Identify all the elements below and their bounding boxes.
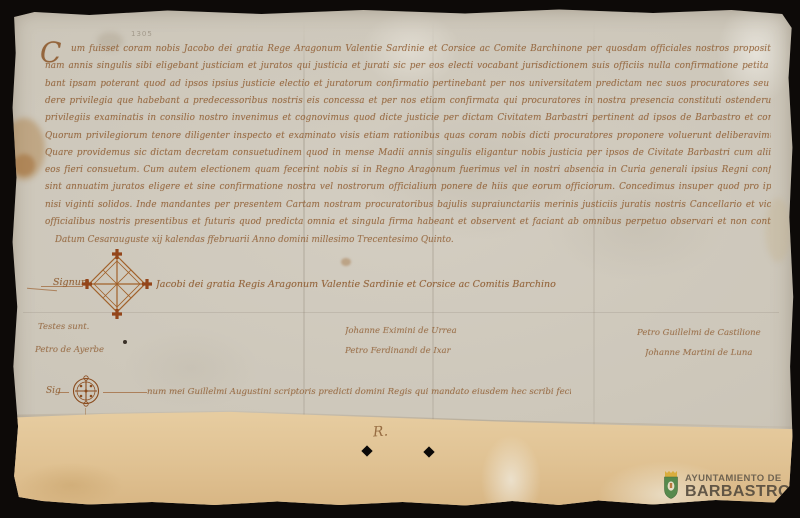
witness-name: Petro Guillelmi de Castilione xyxy=(637,328,761,340)
witness-heading: Testes sunt. xyxy=(38,322,89,334)
witness-name: Petro Ferdinandi de Ixar xyxy=(345,346,451,358)
barbastro-coat-of-arms-icon xyxy=(663,471,679,499)
manuscript-line: Quare providemus sic dictam decretam con… xyxy=(45,148,771,161)
manuscript-dateline: Datum Cesarauguste xij kalendas ffebruar… xyxy=(55,235,485,248)
manuscript-line: bant ipsam poterant quod ad ipsos ipsius… xyxy=(45,79,771,92)
photo-background: 1305 C um fuisset coram nobis Jacobo dei… xyxy=(0,0,800,518)
signum-text: Jacobi dei gratia Regis Aragonum Valenti… xyxy=(156,279,556,293)
manuscript-line: um fuisset coram nobis Jacobo dei gratia… xyxy=(71,44,771,57)
pencil-annotation: 1305 xyxy=(131,30,153,38)
witness-name: Petro de Ayerbe xyxy=(35,345,104,357)
stain xyxy=(123,340,127,344)
manuscript-line: dere privilegia que habebant a predecess… xyxy=(45,96,771,109)
witness-name: Johanne Eximini de Urrea xyxy=(345,326,457,338)
witness-name: Johanne Martini de Luna xyxy=(645,348,752,360)
manuscript-line: privilegiis examinatis in consilio nostr… xyxy=(45,113,771,126)
barbastro-watermark: AYUNTAMIENTO DE BARBASTRO xyxy=(656,469,794,511)
stain xyxy=(13,154,35,176)
notary-signum-icon xyxy=(69,374,103,408)
manuscript-line: eos fieri consuetum. Cum autem electione… xyxy=(45,165,771,178)
signum-flourish-line xyxy=(27,288,57,292)
royal-signum-icon xyxy=(81,248,153,320)
watermark-line2: BARBASTRO xyxy=(685,483,791,501)
registration-mark: R. xyxy=(372,423,388,440)
stain xyxy=(341,258,351,266)
manuscript-line: Quorum privilegiorum tenore diligenter i… xyxy=(45,131,771,144)
scribe-sig-label: Sig xyxy=(46,386,61,396)
scribe-connector-line xyxy=(58,392,69,393)
parchment: 1305 C um fuisset coram nobis Jacobo dei… xyxy=(11,8,794,506)
manuscript-line: nisi viginti solidos. Inde mandantes per… xyxy=(45,200,771,213)
scribe-text: num mei Guillelmi Augustini scriptoris p… xyxy=(147,387,571,400)
signum-connector-line xyxy=(41,286,83,287)
manuscript-line: nam annis singulis sibi eligebant justic… xyxy=(45,61,771,74)
manuscript-line: officialibus nostris presentibus et futu… xyxy=(45,217,771,230)
manuscript-line: sint annuatim juratos eligere et sine co… xyxy=(45,182,771,195)
scribe-connector-line xyxy=(103,392,147,393)
